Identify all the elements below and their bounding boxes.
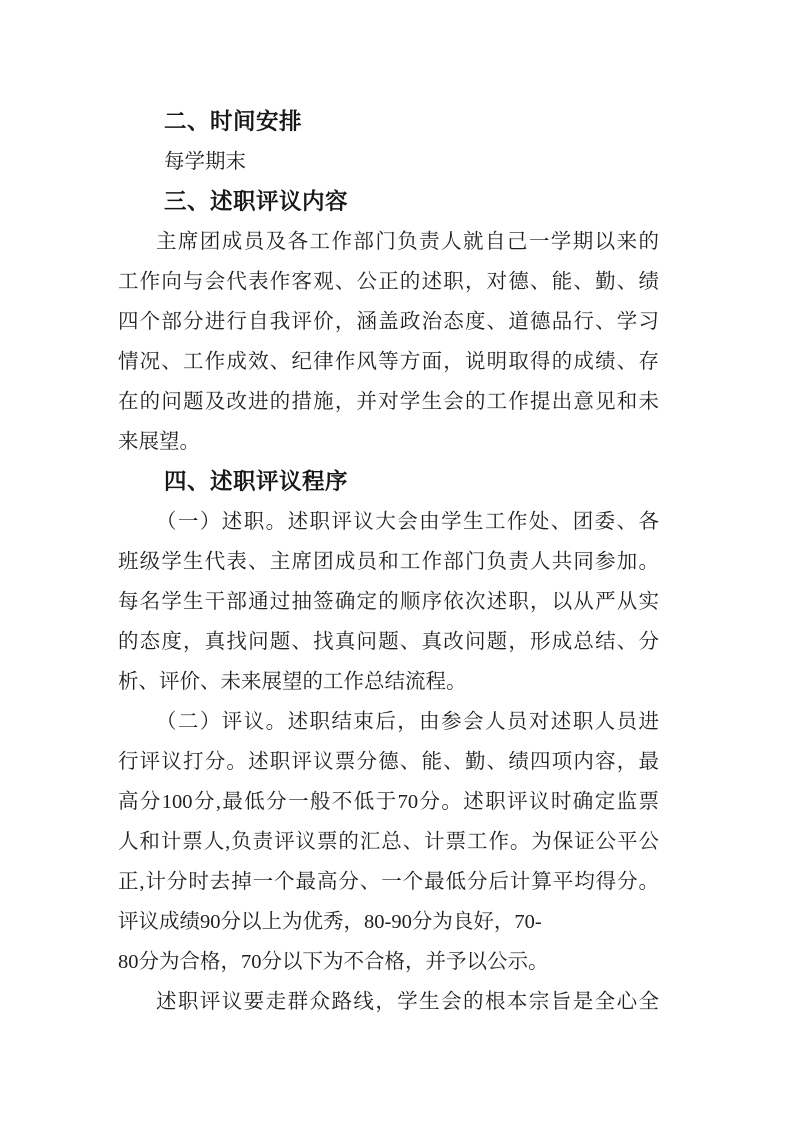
paragraph-line: 四个部分进行自我评价，涵盖政治态度、道德品行、学习	[118, 302, 659, 342]
paragraph-line: 主席团成员及各工作部门负责人就自己一学期以来的	[118, 222, 659, 262]
heading-review-content: 三、述职评议内容	[118, 182, 659, 222]
document-content: 二、时间安排每学期末三、述职评议内容主席团成员及各工作部门负责人就自己一学期以来…	[118, 102, 659, 1022]
para-mass-line: 述职评议要走群众路线，学生会的根本宗旨是全心全	[118, 982, 659, 1022]
time-arrangement-text: 每学期末	[118, 142, 659, 182]
paragraph-line: 情况、工作成效、纪律作风等方面，说明取得的成绩、存	[118, 342, 659, 382]
paragraph-line: 班级学生代表、主席团成员和工作部门负责人共同参加。	[118, 542, 659, 582]
paragraph-line: 正,计分时去掉一个最高分、一个最低分后计算平均得分。	[118, 862, 659, 902]
para-review-content: 主席团成员及各工作部门负责人就自己一学期以来的工作向与会代表作客观、公正的述职，…	[118, 222, 659, 462]
paragraph-line: 评议成绩90分以上为优秀，80-90分为良好，70-	[118, 902, 659, 942]
paragraph-line: 行评议打分。述职评议票分德、能、勤、绩四项内容，最	[118, 742, 659, 782]
paragraph-line: （一）述职。述职评议大会由学生工作处、团委、各	[118, 502, 659, 542]
para-procedure-pingyi: （二）评议。述职结束后，由参会人员对述职人员进行评议打分。述职评议票分德、能、勤…	[118, 702, 659, 982]
heading-time-arrangement: 二、时间安排	[118, 102, 659, 142]
paragraph-line: 人和计票人,负责评议票的汇总、计票工作。为保证公平公	[118, 822, 659, 862]
paragraph-line: 每名学生干部通过抽签确定的顺序依次述职，以从严从实	[118, 582, 659, 622]
paragraph-line: 高分100分,最低分一般不低于70分。述职评议时确定监票	[118, 782, 659, 822]
para-procedure-shuzhi: （一）述职。述职评议大会由学生工作处、团委、各班级学生代表、主席团成员和工作部门…	[118, 502, 659, 702]
paragraph-line: 述职评议要走群众路线，学生会的根本宗旨是全心全	[118, 982, 659, 1022]
paragraph-line: 来展望。	[118, 422, 659, 462]
paragraph-line: 在的问题及改进的措施，并对学生会的工作提出意见和未	[118, 382, 659, 422]
document-page: 二、时间安排每学期末三、述职评议内容主席团成员及各工作部门负责人就自己一学期以来…	[0, 0, 800, 1131]
paragraph-line: 析、评价、未来展望的工作总结流程。	[118, 662, 659, 702]
paragraph-line: （二）评议。述职结束后，由参会人员对述职人员进	[118, 702, 659, 742]
paragraph-line: 的态度，真找问题、找真问题、真改问题，形成总结、分	[118, 622, 659, 662]
paragraph-line: 工作向与会代表作客观、公正的述职，对德、能、勤、绩	[118, 262, 659, 302]
heading-review-procedure: 四、述职评议程序	[118, 462, 659, 502]
paragraph-line: 80分为合格，70分以下为不合格，并予以公示。	[118, 942, 659, 982]
